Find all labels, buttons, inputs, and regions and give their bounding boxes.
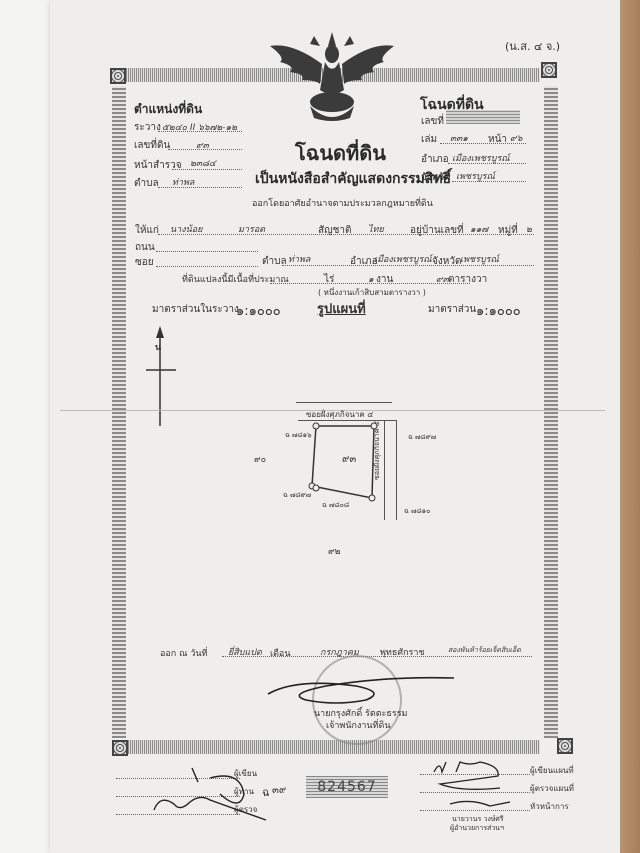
background-margin	[0, 0, 50, 853]
neighbor-east: ฉ ๗๘๙๗	[408, 432, 436, 443]
volume-prefix: ฉ	[262, 783, 270, 801]
amphoe-value-2: เมืองเพชรบูรณ์	[374, 252, 432, 266]
main-title: โฉนดที่ดิน	[295, 137, 386, 169]
field-line	[156, 266, 258, 267]
border-corner-icon	[557, 738, 573, 754]
issue-prefix: ออก ณ วันที่	[160, 646, 207, 660]
neighbor-north-west: ฉ ๗๘๑๖	[285, 430, 312, 441]
border-corner-icon	[541, 62, 557, 78]
issued-by: ออกโดยอาศัยอำนาจตามประมวลกฎหมายที่ดิน	[252, 196, 433, 210]
border-corner-icon	[110, 68, 126, 84]
north-label: น	[155, 340, 161, 354]
serial-number: 824567	[306, 776, 388, 798]
field-line	[158, 187, 242, 188]
soi-label: ซอย	[135, 255, 154, 270]
address-label: อยู่บ้านเลขที่	[410, 223, 464, 238]
official-signature	[266, 672, 456, 708]
sqwa-value: ๙๓	[436, 272, 449, 286]
side-road-line	[396, 420, 397, 520]
head-role: หัวหน้าการ	[530, 800, 569, 813]
scale-right-label: มาตราส่วน	[428, 302, 476, 317]
scale-left-value: ๑:๑๐๐๐	[236, 300, 281, 321]
map-writer-role: ผู้เขียนแผนที่	[530, 764, 574, 777]
deed-number-redacted	[446, 110, 520, 124]
neighbor-south: ฉ ๗๘๐๘	[322, 500, 349, 511]
official-title: เจ้าพนักงานที่ดิน	[326, 718, 390, 732]
house-number: ๑๑๗	[470, 222, 488, 236]
neighbor-south-east: ฉ ๗๘๑๐	[404, 506, 430, 517]
province-value-2: เพชรบูรณ์	[460, 252, 499, 266]
footer-signature-right	[430, 758, 530, 814]
moo-value: ๒	[526, 222, 532, 236]
nationality-value: ไทย	[368, 222, 384, 236]
survey-page-label: หน้าสำรวจ	[134, 158, 182, 173]
tambon-value: ท่าพล	[172, 175, 194, 189]
road-edge-line	[296, 402, 392, 403]
subtitle: เป็นหนังสือสำคัญแสดงกรรมสิทธิ์	[255, 168, 451, 190]
signer-role: ผู้อำนวยการส่วนฯ	[450, 823, 504, 834]
parcel-number-on-map: ๙๓	[342, 452, 356, 467]
border-corner-icon	[112, 740, 128, 756]
province-label-2: จังหวัด	[432, 254, 461, 269]
scale-right-value: ๑:๑๐๐๐	[476, 300, 521, 321]
survey-page-value: ๒๓๘๔	[190, 156, 216, 170]
moo-label: หมู่ที่	[498, 223, 518, 238]
scale-left-label: มาตราส่วนในระวาง	[152, 302, 239, 317]
amphoe-label: อำเภอ	[421, 152, 449, 167]
volume-number: ๓๙	[272, 783, 286, 798]
sqwa-label: ตารางวา	[448, 272, 487, 287]
amphoe-value: เมืองเพชรบูรณ์	[452, 151, 510, 165]
field-line	[222, 656, 532, 657]
volume-label: เล่ม	[421, 132, 437, 147]
security-border-left	[112, 86, 126, 738]
owner-last-name: มารอด	[238, 222, 265, 236]
neighbor-bottom: ๙๒	[328, 544, 341, 558]
map-sheet-value: ๕๒๔๐ II ๖๖๗๒-๑๒	[162, 120, 237, 134]
neighbor-west: ๙๐	[254, 452, 266, 466]
deed-number-label: เลขที่	[421, 114, 444, 129]
tambon-value-2: ท่าพล	[288, 252, 310, 266]
field-line	[156, 251, 258, 252]
map-sheet-label: ระวาง	[134, 120, 161, 135]
owner-first-name: นางน้อย	[170, 222, 202, 236]
parcel-number-label: เลขที่ดิน	[134, 138, 170, 153]
map-checker-role: ผู้ตรวจแผนที่	[530, 782, 574, 795]
issue-year: สองพันห้าร้อยเจ็ดสิบเอ็ด	[448, 645, 521, 656]
year-label: พุทธศักราช	[380, 645, 425, 659]
garuda-emblem-icon	[270, 32, 394, 124]
north-arrow-icon	[144, 324, 180, 428]
map-title: รูปแผนที่	[317, 298, 366, 319]
security-border-right	[544, 86, 558, 738]
road-label: ถนน	[135, 240, 155, 255]
rai-label: ไร่	[324, 272, 334, 287]
tambon-label-2: ตำบล	[262, 254, 287, 269]
page-value: ๙๖	[510, 131, 522, 145]
ngan-value: ๑	[368, 272, 374, 286]
month-label: เดือน	[270, 646, 290, 660]
land-location-heading: ตำแหน่งที่ดิน	[134, 100, 202, 119]
ngan-label: งาน	[376, 272, 393, 287]
tambon-label: ตำบล	[134, 176, 159, 191]
security-border-bottom	[126, 740, 540, 754]
nationality-label: สัญชาติ	[318, 223, 352, 238]
form-code: (น.ส. ๔ จ.)	[505, 37, 560, 55]
issue-day: ยี่สิบแปด	[228, 645, 262, 659]
neighbor-south-west: ฉ ๗๘๙๗	[283, 490, 311, 501]
grant-to-label: ให้แก่	[135, 223, 159, 238]
province-value: เพชรบูรณ์	[456, 169, 495, 183]
page-label: หน้า	[488, 132, 507, 147]
parcel-number-value: ๙๓	[196, 138, 209, 152]
footer-signature-left	[150, 764, 270, 824]
volume-value: ๓๓๑	[450, 131, 468, 145]
wooden-surface	[620, 0, 640, 853]
